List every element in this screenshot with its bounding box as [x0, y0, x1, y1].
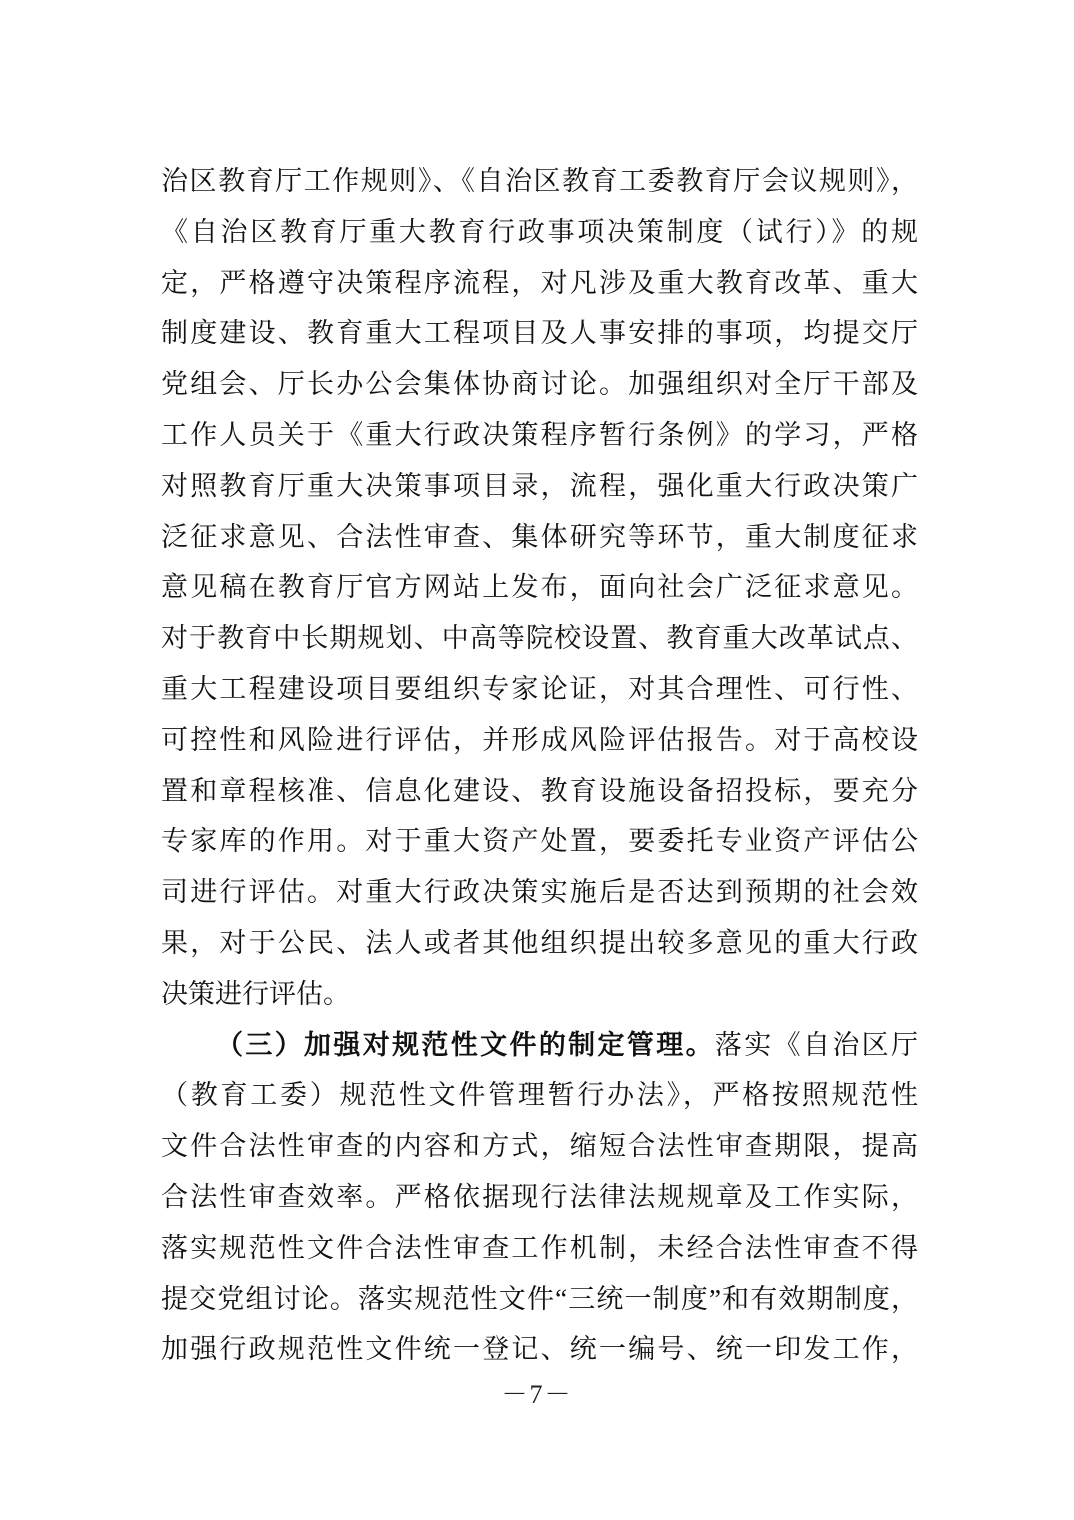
text-line: 治区教育厅工作规则》、《自治区教育工委教育厅会议规则》， — [161, 156, 918, 207]
text-line: 合法性审查效率。严格依据现行法律法规规章及工作实际， — [161, 1172, 918, 1223]
text-line: 置和章程核准、信息化建设、教育设施设备招投标，要充分 — [161, 766, 918, 817]
text-line: 专家库的作用。对于重大资产处置，要委托专业资产评估公 — [161, 816, 918, 867]
document-page: 治区教育厅工作规则》、《自治区教育工委教育厅会议规则》， 《自治区教育厅重大教育… — [0, 0, 1074, 1520]
text-line: 果，对于公民、法人或者其他组织提出较多意见的重大行政 — [161, 918, 918, 969]
text-line: 意见稿在教育厅官方网站上发布，面向社会广泛征求意见。 — [161, 562, 918, 613]
text-line: 文件合法性审查的内容和方式，缩短合法性审查期限，提高 — [161, 1121, 918, 1172]
text-line: 提交党组讨论。落实规范性文件“三统一制度”和有效期制度， — [161, 1274, 918, 1325]
text-line: 重大工程建设项目要组织专家论证，对其合理性、可行性、 — [161, 664, 918, 715]
text-line: 定，严格遵守决策程序流程，对凡涉及重大教育改革、重大 — [161, 258, 918, 309]
section-heading: （三）加强对规范性文件的制定管理。 — [216, 1030, 715, 1060]
text-line: 司进行评估。对重大行政决策实施后是否达到预期的社会效 — [161, 867, 918, 918]
section-heading-line: （三）加强对规范性文件的制定管理。落实《自治区厅 — [161, 1020, 918, 1071]
text-line: 党组会、厅长办公会集体协商讨论。加强组织对全厅干部及 — [161, 359, 918, 410]
text-line: 对照教育厅重大决策事项目录，流程，强化重大行政决策广 — [161, 461, 918, 512]
text-line: 对于教育中长期规划、中高等院校设置、教育重大改革试点、 — [161, 613, 918, 664]
text-line: 泛征求意见、合法性审查、集体研究等环节，重大制度征求 — [161, 512, 918, 563]
text-line: 可控性和风险进行评估，并形成风险评估报告。对于高校设 — [161, 715, 918, 766]
text-line: 《自治区教育厅重大教育行政事项决策制度（试行）》的规 — [161, 207, 918, 258]
text-line: 工作人员关于《重大行政决策程序暂行条例》的学习，严格 — [161, 410, 918, 461]
page-number: －7－ — [0, 1374, 1074, 1411]
text-line: 制度建设、教育重大工程项目及人事安排的事项，均提交厅 — [161, 308, 918, 359]
text-line: 加强行政规范性文件统一登记、统一编号、统一印发工作， — [161, 1324, 918, 1375]
text-line: 决策进行评估。 — [161, 969, 918, 1020]
text-line: 落实规范性文件合法性审查工作机制，未经合法性审查不得 — [161, 1223, 918, 1274]
text-line: （教育工委）规范性文件管理暂行办法》，严格按照规范性 — [161, 1070, 918, 1121]
section-heading-tail: 落实《自治区厅 — [715, 1030, 918, 1060]
text-block: 治区教育厅工作规则》、《自治区教育工委教育厅会议规则》， 《自治区教育厅重大教育… — [161, 156, 918, 1375]
